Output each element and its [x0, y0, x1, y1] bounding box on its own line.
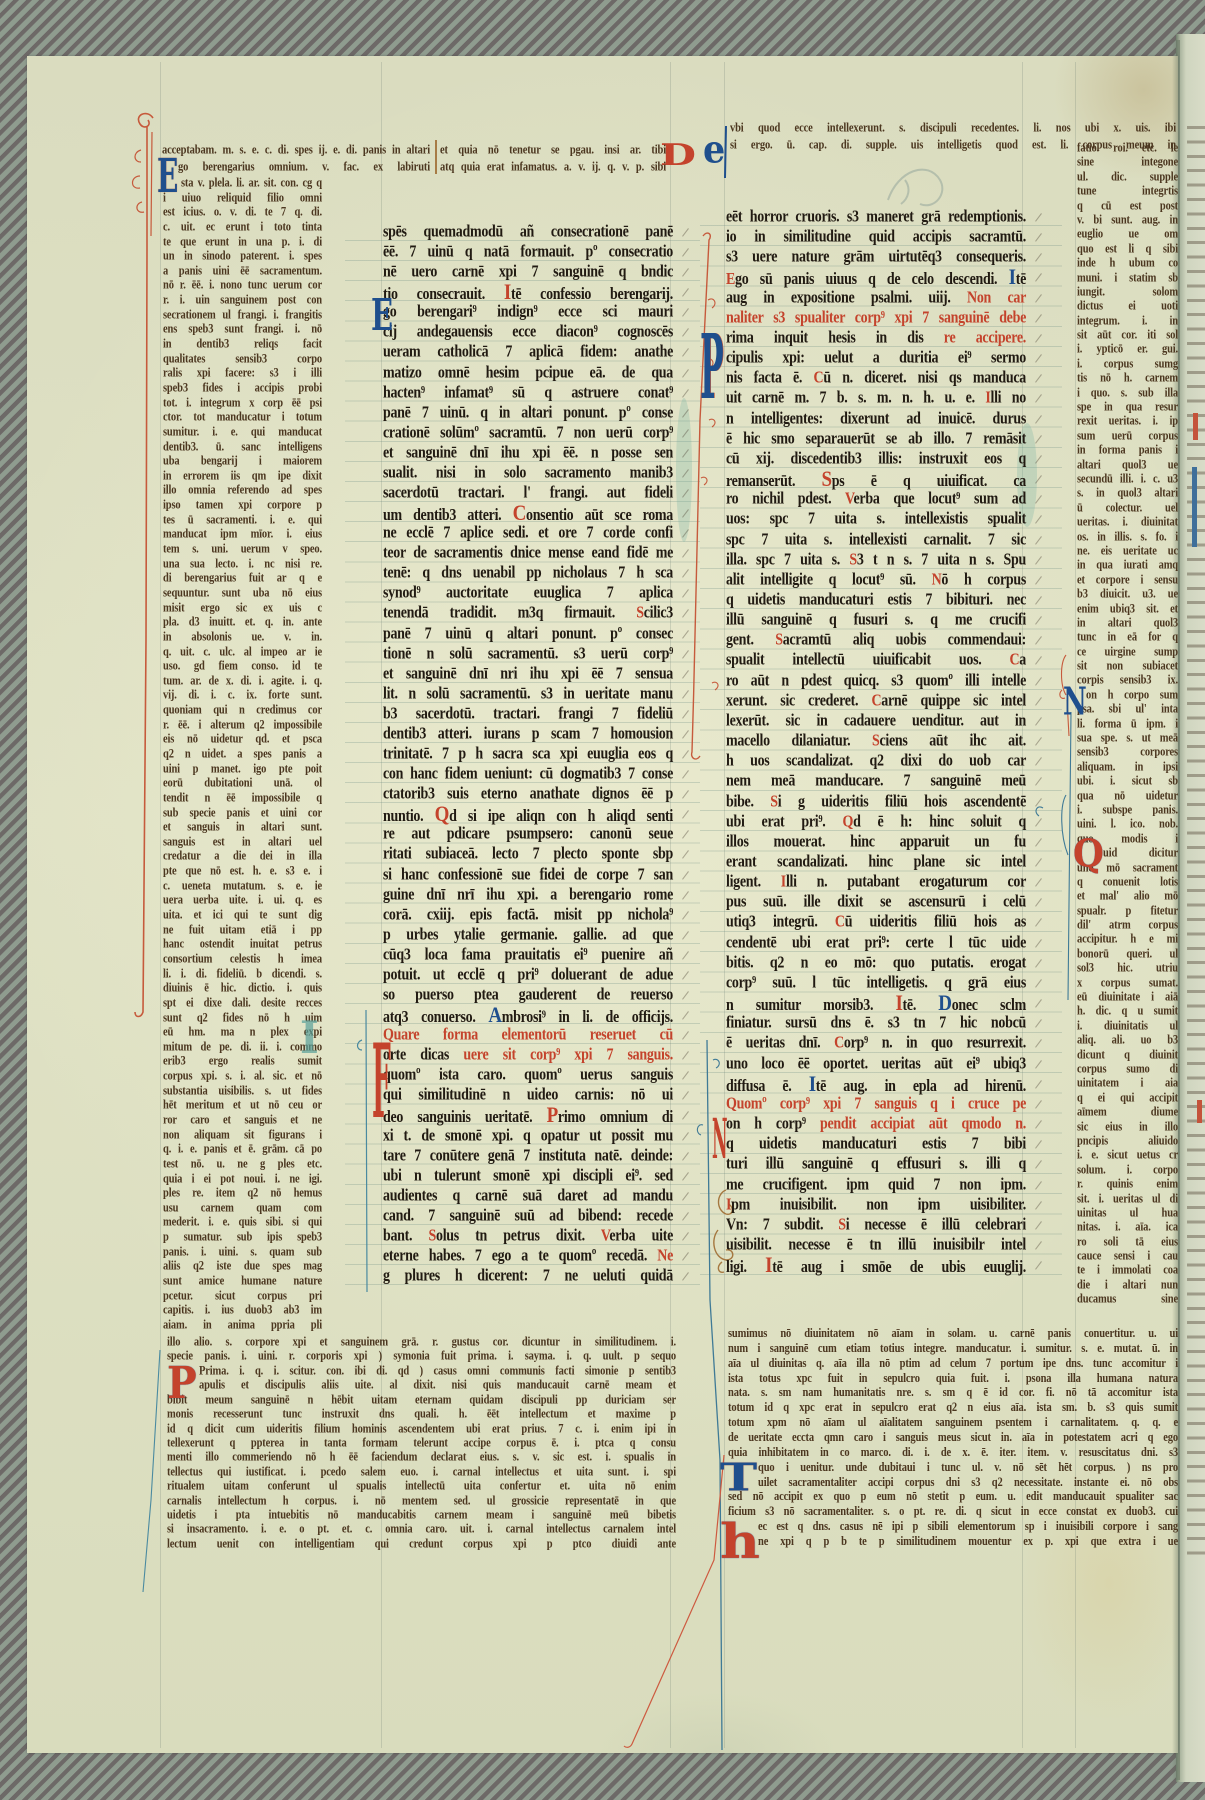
gloss-bracket-mark — [435, 140, 437, 174]
text-segment: nis facta ē. — [726, 370, 814, 388]
text-segment: rima inquit hesis in dis — [726, 329, 944, 347]
text-segment: g plures h dicerent: 7 ne ueluti quidā — [383, 1268, 673, 1286]
text-segment: cūq3 loca fama prauitatis ei⁹ puenire añ — [383, 946, 673, 964]
text-segment: illos mouerat. hinc apparuit un fu — [726, 833, 1026, 851]
faint-offset-sketch — [888, 170, 942, 206]
text-segment: tionē n solū sacramentū. s3 uerū corp⁹ — [383, 645, 673, 663]
gloss-initial-e: E — [157, 153, 178, 200]
text-segment: lli n. putabant erogaturum cor — [786, 874, 1026, 892]
text-segment: ritati subiaceā. lecto 7 plecto sponte s… — [383, 846, 673, 864]
text-segment: S — [770, 793, 778, 811]
text-segment: C — [871, 692, 881, 710]
gloss-line: ducamus sine — [1077, 1292, 1178, 1309]
text-segment: erant scandalizati. hinc plane sic intel — [726, 854, 1026, 872]
text-segment: p urbes ytalie germanie. gallie. ad que — [383, 926, 673, 944]
text-segment: Q — [842, 813, 853, 831]
text-segment: sacerdotū tractari. l' frangi. aut fidel… — [383, 485, 673, 503]
gloss-line: lectum uenit con intelligentiam qui cred… — [167, 1537, 676, 1554]
text-segment: N — [932, 571, 942, 589]
text-segment: illa. spc 7 uita s. — [726, 551, 849, 569]
text-segment: Non car — [967, 289, 1026, 307]
text-segment: C — [1009, 652, 1019, 670]
text-segment: s3 uere nature grām uirtutēq3 consequeri… — [726, 249, 1026, 267]
text-segment: tare 7 conūtere genā 7 instituta natē. d… — [383, 1147, 673, 1165]
text-segment: ēē. 7 uinū q natā formauit. pº consecrat… — [383, 244, 673, 262]
text-segment: i necesse ē illū celebrari — [846, 1216, 1026, 1234]
text-segment: Quare forma elementorū reseruet cū — [383, 1027, 673, 1045]
text-segment: audientes q carnē suā daret ad mandu — [383, 1187, 673, 1205]
text-segment: spualit intellectū uiuificabit uos. — [726, 652, 1009, 670]
text-segment: synod⁹ auctoritate euuglica 7 aplica — [383, 585, 673, 603]
pen-flourish-red-curls — [133, 132, 153, 236]
text-segment: dentib3 atteri. iurans p scam 7 homousio… — [383, 726, 673, 744]
text-line: g plures h dicerent: 7 ne ueluti quidā — [383, 1265, 673, 1289]
text-segment: con hanc fidem ueniunt: cū dogmatib3 7 c… — [383, 766, 673, 784]
text-segment: ctatorib3 suis eterno anathate dignos ēē… — [383, 786, 673, 804]
gloss-top-left-line-2a: go berengarius omnium. v. fac. ex labiru… — [178, 159, 430, 176]
text-segment: re aut pdicare psumpsero: canonū seue — [383, 826, 673, 844]
text-segment: corp⁹ suū. l tūc intelligetis. q grā eiu… — [726, 974, 1026, 992]
text-segment: potuit. ut ecclē q pri⁹ doluerant de adu… — [383, 966, 673, 984]
text-segment: ū uideritis filiū hois as — [845, 914, 1026, 932]
text-segment: tē aug i smōe de ubis euuglij. — [772, 1259, 1026, 1277]
text-segment: panē 7 uinū q altari ponunt. pº consec — [383, 625, 673, 643]
text-segment: xerunt. sic crederet. — [726, 692, 871, 710]
text-segment: so puerso ptea gauderent de reuerso — [383, 987, 673, 1005]
teal-wash-stain — [676, 398, 692, 542]
text-segment: S — [636, 605, 644, 623]
text-segment: lit. n solū sacramentū. s3 in ueritate m… — [383, 685, 673, 703]
text-segment: pm inuisibilit. non ipm uisibiliter. — [731, 1196, 1026, 1214]
text-segment: cilic3 — [644, 605, 673, 623]
text-segment: n intelligentes: dixerunt ad inuicē. dur… — [726, 410, 1026, 428]
text-segment: alit intelligite q locut⁹ sū. — [726, 571, 932, 589]
text-segment: ubi n tulerunt smonē xpi discipli ei⁹. s… — [383, 1167, 673, 1185]
text-segment: Ne — [657, 1248, 673, 1266]
text-segment: spēs quemadmodū añ consecrationē panē — [383, 224, 673, 242]
text-segment: cand. 7 sanguinē suū ad bibend: recede — [383, 1207, 673, 1225]
gloss-top-left-line-2b: atq quia erat infamatus. a. v. ij. q. v.… — [440, 159, 666, 176]
text-segment: hacten⁹ infamat⁹ sū q astruere conat⁹ — [383, 384, 673, 402]
gloss-bottom-right: sumimus nō diuinitatem nō aīam in solam.… — [728, 1328, 1178, 1551]
pen-flourish-blue-column-1 — [358, 1010, 368, 1292]
gloss-line: atq quia erat infamatus. a. v. ij. q. v.… — [440, 158, 666, 178]
initial-p-prima-inquit: P — [700, 323, 724, 412]
gloss-initial-q: Q — [1073, 834, 1104, 873]
text-segment: macello dilaniatur. — [726, 733, 872, 751]
text-segment: ē ueritas dnī. — [726, 1035, 834, 1053]
gloss-line: go berengarius omnium. v. fac. ex labiru… — [178, 158, 430, 178]
gloss-initial-n: N — [1063, 682, 1087, 721]
text-segment: pus suū. ille dixit se ascensurū i celū — [726, 894, 1026, 912]
gloss-right-column: fatio. roi. etc. lesine integoneul. dic.… — [1077, 142, 1178, 1308]
text-segment: et sanguinē dnī nri ihu xpi ēē 7 sensua — [383, 665, 673, 683]
text-segment: quomº ista caro. quomº uerus sanguis — [383, 1067, 673, 1085]
text-segment: pendit accipiat aūt qmodo n. — [820, 1116, 1026, 1134]
text-segment: uere sit corp⁹ xpi 7 sanguis. — [463, 1047, 673, 1065]
text-segment: matizo omnē hesim pcipue eā. de qua — [383, 364, 673, 382]
text-segment: cū xij. discedentib3 illis: instruxit eo… — [726, 450, 1026, 468]
gloss-left-column: sta v. plela. li. ar. sit. con. cg qi ui… — [163, 177, 322, 1334]
text-segment: guine dnī nrī ihu xpi. a berengario rome — [383, 886, 673, 904]
text-segment: ligi. — [726, 1259, 765, 1277]
text-segment: io in similitudine quid accipis sacramtū… — [726, 229, 1026, 247]
text-segment: uisibilit. necesse ē tn illū inuisibilr … — [726, 1237, 1026, 1255]
text-segment: ueram catholicā 7 aplicā fidem: anathe — [383, 344, 673, 362]
text-segment: ū n. diceret. nisi qs manduca — [823, 370, 1026, 388]
text-segment: lexerūt. sic in cadauere uenditur. aut i… — [726, 712, 1026, 730]
text-segment: V — [845, 491, 854, 509]
text-segment: S — [429, 1227, 437, 1245]
text-segment: ligent. — [726, 874, 781, 892]
text-segment: orte dicas — [383, 1047, 463, 1065]
text-segment: Quomº corp⁹ xpi 7 sanguis q i cruce pe — [726, 1095, 1026, 1113]
text-segment: nē uero carnē xpi 7 sanguinē q bndic — [383, 264, 673, 282]
text-segment: crationē solūmº sacramtū. 7 non uerū cor… — [383, 424, 673, 442]
text-segment: C — [834, 1035, 844, 1053]
text-segment: ubi erat pri⁹. — [726, 813, 842, 831]
text-segment: arnē quippe sic intel — [881, 692, 1026, 710]
text-segment: S — [849, 551, 857, 569]
text-segment: 3 t n s. 7 uita n s. Spu — [857, 551, 1026, 569]
gloss-line: ne xpi q p b te p similitudinem mouentur… — [728, 1535, 1178, 1552]
text-segment: S — [775, 632, 783, 650]
text-line: ligi. Itē aug i smōe de ubis euuglij. — [726, 1254, 1026, 1278]
text-segment: finiatur. sursū dns ē. s3 tn 7 hic nobcū — [726, 1015, 1026, 1033]
initial-e-ego-berengarius: E — [371, 293, 393, 337]
text-segment: aug in expositione psalmi. uiij. — [726, 289, 967, 307]
text-segment: lli no — [991, 390, 1027, 408]
gloss-line: aiam. in anima ppria pli — [163, 1318, 322, 1335]
pen-flourish-blue-bottom-left — [143, 1350, 160, 1592]
heading-initial-e: e — [703, 130, 725, 169]
text-segment: bant. — [383, 1227, 429, 1245]
pen-flourish-red-left-bracket — [135, 114, 153, 1017]
text-segment: turi illū sanguinē q effusuri s. illi q — [726, 1156, 1026, 1174]
text-segment: S — [838, 1216, 846, 1234]
initial-f-forte-dicas: F — [372, 1031, 391, 1134]
text-segment: me crucifigent. ipm quid 7 non ipm. — [726, 1176, 1026, 1194]
pen-flourish-blue-right-gloss — [1062, 712, 1071, 1000]
text-segment: corā. cxiij. epis factā. misit pp nichol… — [383, 906, 673, 924]
text-segment: panē 7 uinū. q in altari ponunt. pº cons… — [383, 404, 673, 422]
text-segment: uos: spc 7 uita s. intellexistis spualit — [726, 511, 1026, 529]
text-segment: re accipere. — [944, 329, 1026, 347]
text-segment: acramtū aliq uobis commendaui: — [783, 632, 1026, 650]
text-segment: olus tn petrus dixit. — [436, 1227, 601, 1245]
main-text-column-1: spēs quemadmodū añ consecrationē panēēē.… — [383, 223, 673, 1287]
text-segment: Vn: 7 subdit. — [726, 1216, 838, 1234]
text-segment: nem meā manducare. 7 sanguinē meū — [726, 773, 1026, 791]
gloss-top-left-line-1a: acceptabam. m. s. e. c. di. spes ij. e. … — [162, 142, 430, 159]
text-segment: cendentē ubi erat pri⁹: certe l tūc uide — [726, 934, 1026, 952]
text-segment: qui similitudinē n uideo carnis: nō ui — [383, 1087, 673, 1105]
text-segment: bitis. q2 n eo mō: quo putatis. erogat — [726, 954, 1026, 972]
text-segment: d ē h: hinc soluit q — [853, 813, 1026, 831]
text-segment: ne ecclē 7 aplice sedi. et ore 7 corde c… — [383, 525, 673, 543]
text-segment: uno loco ēē oportet. ueritas aūt ei⁹ ubi… — [726, 1055, 1026, 1073]
text-segment: i g uideritis filiū hois ascendentē — [778, 793, 1026, 811]
text-segment: go berengari⁹ indign⁹ ecce sci mauri — [383, 304, 673, 322]
text-segment: tenē: q dns uenabil pp nicholaus 7 h sca — [383, 565, 673, 583]
text-segment: q uidetis manducaturi estis 7 bibi — [726, 1136, 1026, 1154]
initial-n-non-hoc-corpus: N — [712, 1112, 728, 1167]
text-segment: a — [1019, 652, 1026, 670]
text-segment: bibe. — [726, 793, 770, 811]
text-segment: ē hic smo separauerūt se ab illo. 7 remā… — [726, 430, 1026, 448]
gloss-initial-h: h — [720, 1518, 760, 1566]
text-segment: ro nichil pdest. — [726, 491, 845, 509]
text-segment: illū sanguinē q fusuri s. q me crucifi — [726, 612, 1026, 630]
text-segment: orp⁹ n. in quo resurrexit. — [844, 1035, 1026, 1053]
text-segment: si hanc confessionē sue fidei de corpe 7… — [383, 866, 673, 884]
text-segment: uit carnē m. 7 b. s. m. n. h. u. e. — [726, 390, 985, 408]
pen-flourish-red-gutter — [692, 233, 711, 759]
text-segment: ro aūt n pdest quicq. s3 quomº illi inte… — [726, 672, 1026, 690]
text-segment: q uidetis manducaturi estis 7 bibituri. … — [726, 592, 1026, 610]
text-segment: spc 7 uita s. intellexisti carnalit. 7 s… — [726, 531, 1026, 549]
text-segment: utiq3 integrū. — [726, 914, 835, 932]
text-segment: on h corp⁹ — [726, 1116, 820, 1134]
gloss-initial-i-faded: I — [300, 1015, 319, 1060]
gloss-initial-t: T — [720, 1458, 757, 1497]
gloss-bottom-left: illo alio. s. corpore xpi et sanguinem g… — [167, 1336, 676, 1552]
text-segment: erba que locut⁹ sum ad — [854, 491, 1027, 509]
text-segment: trinitatē. 7 p h sacra sca xpi euuglia e… — [383, 746, 673, 764]
text-segment: cipulis xpi: uelut a duritia ei⁹ sermo — [726, 350, 1026, 368]
text-segment: xi t. de smonē xpi. q opatur ut possit m… — [383, 1127, 673, 1145]
text-segment: gent. — [726, 632, 775, 650]
text-segment: b3 sacerdotū. tractari. frangi 7 fideliū — [383, 705, 673, 723]
gloss-top-left-line-1b: et quia nō tenetur se pgau. insi ar. tib… — [440, 142, 666, 159]
text-segment: naliter s3 spualiter corp⁹ xpi 7 sanguin… — [726, 309, 1026, 327]
text-segment: C — [814, 370, 824, 388]
text-segment: eterne habes. 7 ego a te quomº recedā. — [383, 1248, 657, 1266]
text-segment: ciens aūt ihc ait. — [879, 733, 1026, 751]
main-text-column-2: eēt horror cruoris. s3 maneret grā redem… — [726, 208, 1026, 1276]
text-segment: et sanguinē dnī ihu xpi ēē. n posse sen — [383, 444, 673, 462]
text-segment: teor de sacramentis dnice mense eand fid… — [383, 545, 673, 563]
text-segment: ō h corpus — [941, 571, 1026, 589]
text-segment: sualit. nisi in solo sacramento manib3 — [383, 464, 673, 482]
text-segment: h uos scandalizat. q2 dixi do uob car — [726, 753, 1026, 771]
text-segment: erba uite — [609, 1227, 673, 1245]
text-segment: C — [835, 914, 845, 932]
gloss-initial-p: P — [167, 1361, 197, 1405]
text-segment: cij andegauensis ecce diacon⁹ cognoscēs — [383, 324, 673, 342]
text-segment: tenendā tradidit. m3q firmauit. — [383, 605, 636, 623]
text-segment: eēt horror cruoris. s3 maneret grā redem… — [726, 209, 1026, 227]
